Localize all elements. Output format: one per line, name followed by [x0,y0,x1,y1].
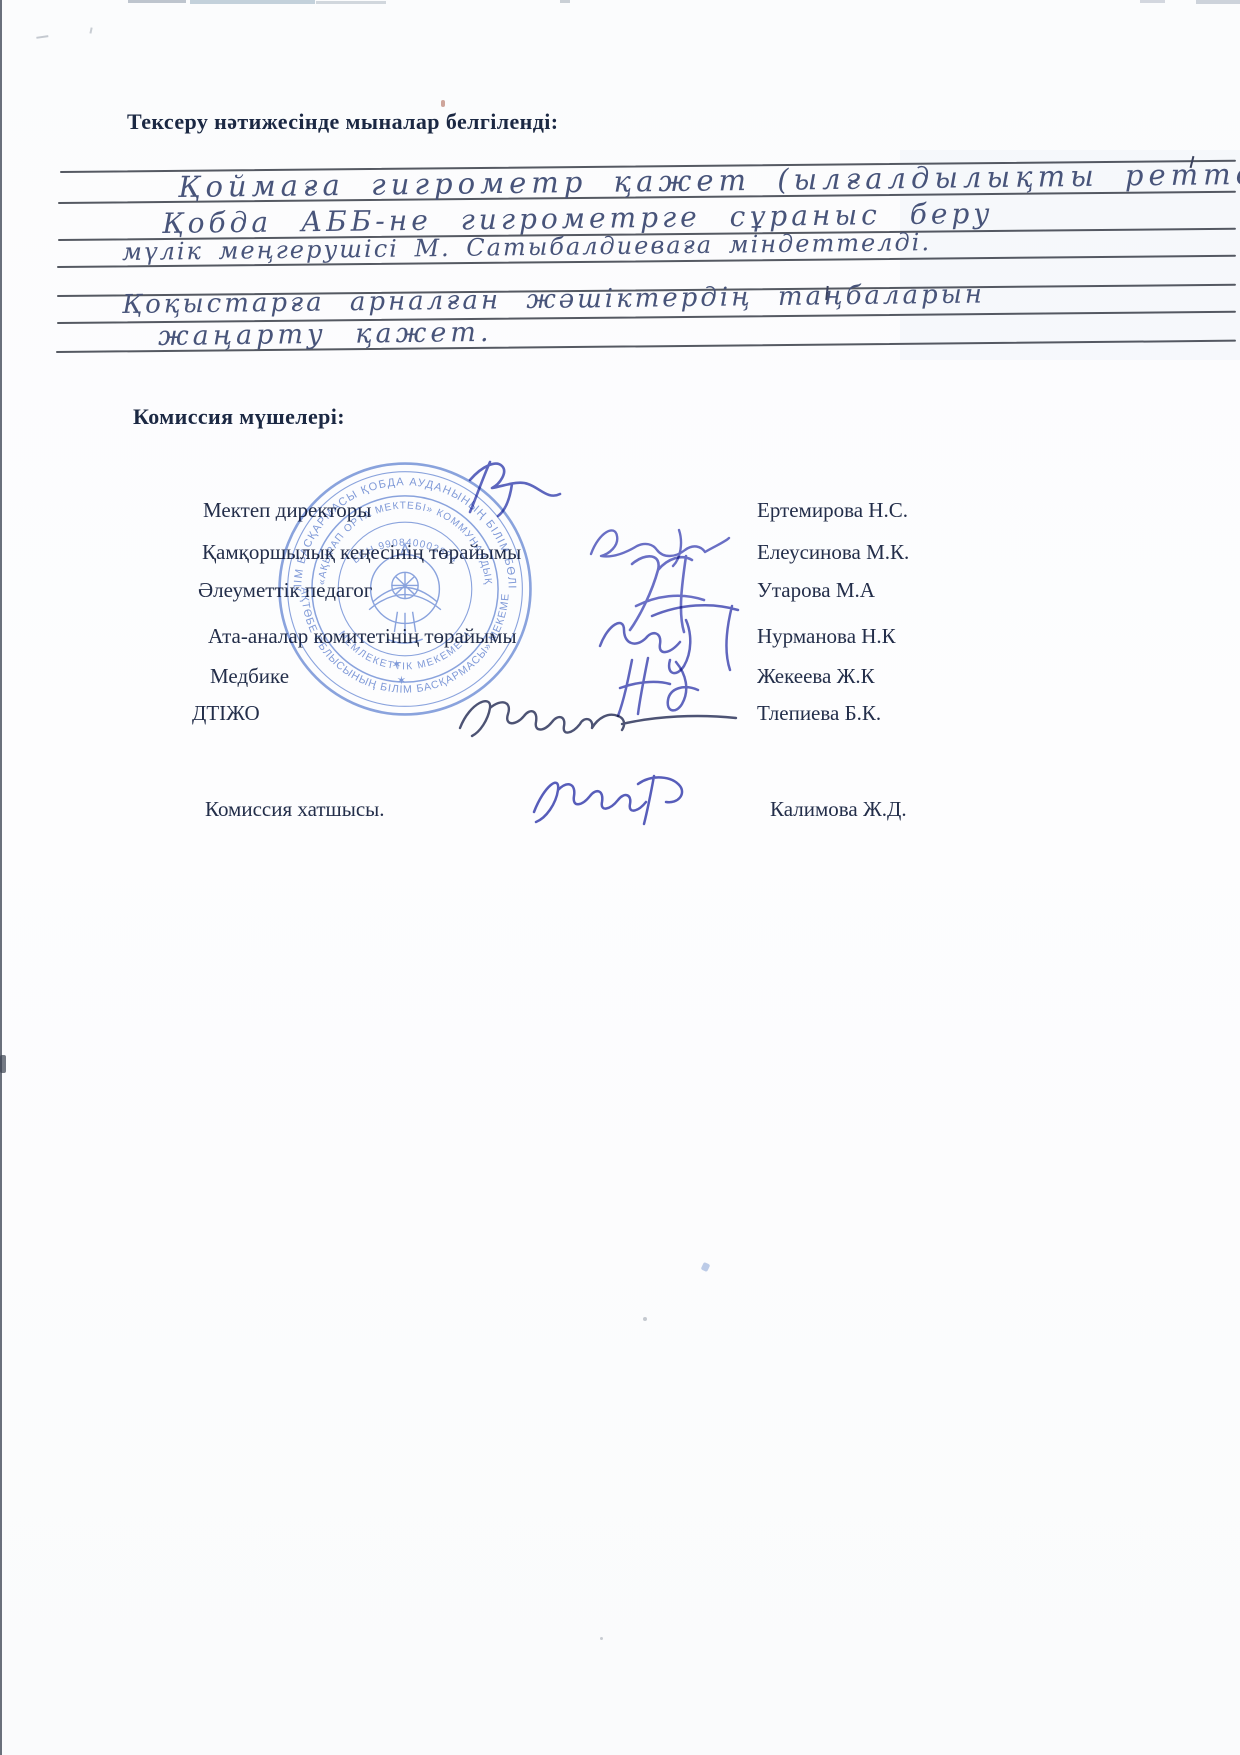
kalimova-signature [514,764,704,830]
pencil-speck [89,27,97,34]
pencil-speck [36,30,49,39]
scan-artifact-top [316,1,386,4]
stamp-star: ✶ [396,674,406,688]
scan-artifact-left-blob [0,1055,6,1073]
tlepieva-signature [446,684,746,746]
gray-speck [600,1637,603,1640]
stamp-star: ✶ [391,657,401,671]
scanned-document-page: Тексеру нәтижесінде мыналар белгіленді: … [0,0,1240,1755]
scan-artifact-top [190,0,315,4]
scan-artifact-top [1196,0,1240,4]
member-name: Нурманова Н.К [757,624,896,649]
red-speck [441,100,445,107]
handwritten-line: жаңарту қажет. [158,317,493,352]
member-name: Елеусинова М.К. [757,540,909,565]
secretary-role: Комиссия хатшысы. [205,797,385,822]
findings-heading: Тексеру нәтижесінде мыналар белгіленді: [127,109,559,135]
scan-artifact-top [1140,0,1165,3]
gray-speck [643,1317,647,1321]
secretary-name: Калимова Ж.Д. [770,797,907,822]
blue-speck [701,1262,711,1272]
scan-artifact-left-edge [0,0,2,1755]
member-name: Тлепиева Б.К. [757,701,881,726]
stamp-bsn-text: БСН 990840002824 [350,537,459,566]
member-name: Жекеева Ж.К [757,664,875,689]
scan-artifact-top [560,0,570,3]
member-role: ДТІЖО [192,701,260,726]
member-name: Утарова М.А [757,578,875,603]
commission-heading: Комиссия мүшелері: [133,404,345,430]
stamp-emblem [369,544,441,643]
director-signature [452,450,567,525]
scan-artifact-top [128,0,186,3]
member-name: Ертемирова Н.С. [757,498,908,523]
